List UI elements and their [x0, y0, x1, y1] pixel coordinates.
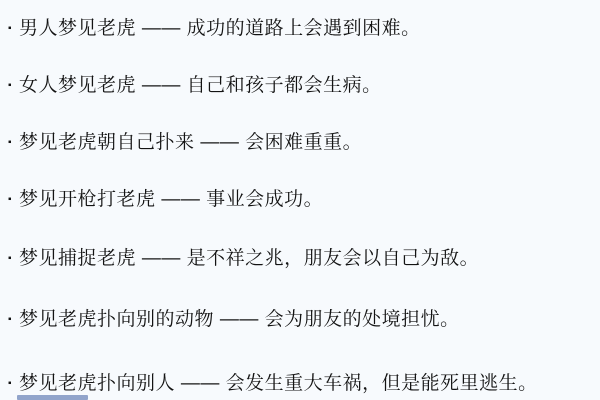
- list-item-text: 男人梦见老虎 —— 成功的道路上会遇到困难。: [19, 19, 421, 38]
- bullet-icon: ▪: [8, 24, 12, 34]
- list-item-text: 女人梦见老虎 —— 自己和孩子都会生病。: [19, 76, 382, 95]
- list-item: ▪ 梦见老虎扑向别人 —— 会发生重大车祸，但是能死里逃生。: [8, 372, 538, 394]
- list-item-text: 梦见老虎扑向别的动物 —— 会为朋友的处境担忧。: [19, 310, 460, 329]
- list-item: ▪ 女人梦见老虎 —— 自己和孩子都会生病。: [8, 74, 382, 96]
- bullet-icon: ▪: [8, 254, 12, 264]
- bullet-icon: ▪: [8, 81, 12, 91]
- list-item: ▪ 梦见老虎朝自己扑来 —— 会困难重重。: [8, 131, 362, 153]
- list-item: ▪ 男人梦见老虎 —— 成功的道路上会遇到困难。: [8, 17, 421, 39]
- bullet-icon: ▪: [8, 315, 12, 325]
- partial-link-bar[interactable]: [17, 395, 88, 400]
- bullet-icon: ▪: [8, 138, 12, 148]
- list-item: ▪ 梦见老虎扑向别的动物 —— 会为朋友的处境担忧。: [8, 308, 460, 330]
- list-item-text: 梦见捕捉老虎 —— 是不祥之兆，朋友会以自己为敌。: [19, 249, 479, 268]
- list-item-text: 梦见开枪打老虎 —— 事业会成功。: [19, 190, 323, 209]
- list-item: ▪ 梦见开枪打老虎 —— 事业会成功。: [8, 188, 323, 210]
- list-item-text: 梦见老虎朝自己扑来 —— 会困难重重。: [19, 133, 362, 152]
- bullet-icon: ▪: [8, 195, 12, 205]
- bullet-icon: ▪: [8, 379, 12, 389]
- list-item: ▪ 梦见捕捉老虎 —— 是不祥之兆，朋友会以自己为敌。: [8, 247, 479, 269]
- dream-interpretation-page: ▪ 男人梦见老虎 —— 成功的道路上会遇到困难。 ▪ 女人梦见老虎 —— 自己和…: [0, 0, 600, 400]
- list-item-text: 梦见老虎扑向别人 —— 会发生重大车祸，但是能死里逃生。: [19, 374, 538, 393]
